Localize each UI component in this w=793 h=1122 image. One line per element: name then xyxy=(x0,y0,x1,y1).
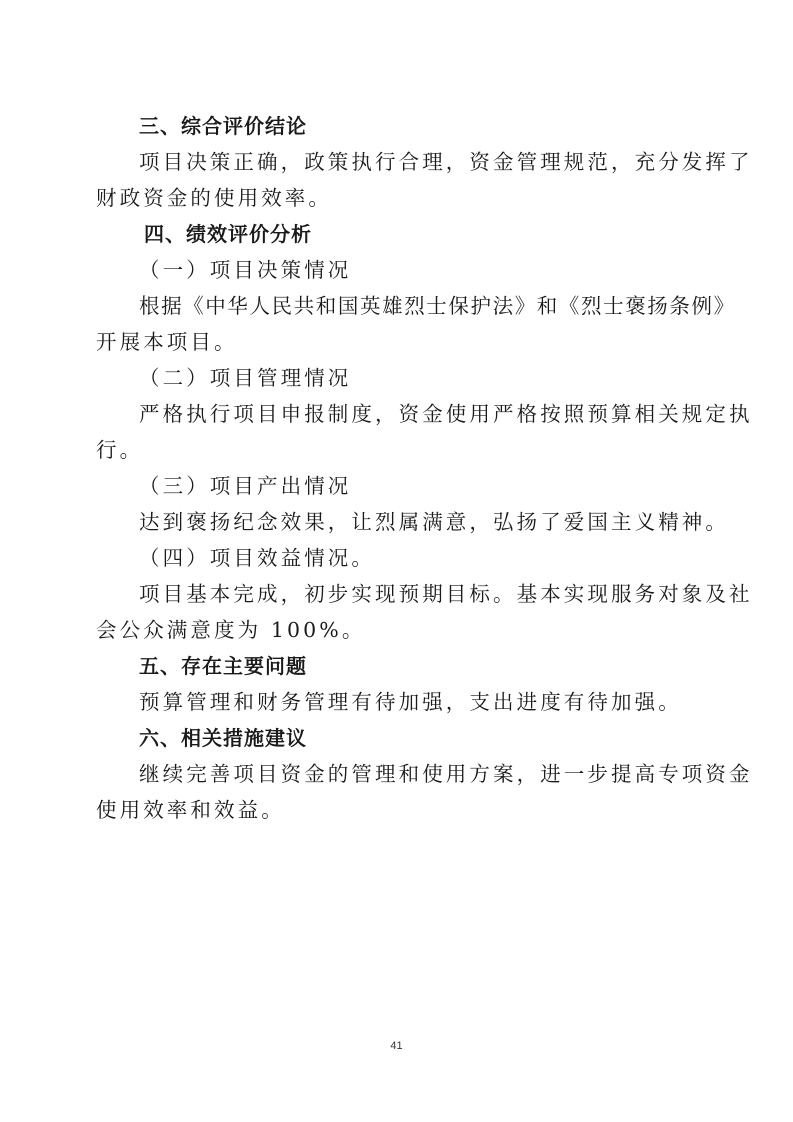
paragraph-line: 开展本项目。 xyxy=(96,324,698,360)
subsection-title-benefit: （四）项目效益情况。 xyxy=(96,540,698,576)
paragraph-line: 达到褒扬纪念效果，让烈属满意，弘扬了爱国主义精神。 xyxy=(96,504,698,540)
paragraph-line: 根据《中华人民共和国英雄烈士保护法》和《烈士褒扬条例》 xyxy=(96,288,698,324)
page-number: 41 xyxy=(0,1040,793,1052)
subsection-title-management: （二）项目管理情况 xyxy=(96,360,698,396)
paragraph-line: 项目决策正确，政策执行合理，资金管理规范，充分发挥了 xyxy=(96,144,698,180)
document-page: 三、综合评价结论 项目决策正确，政策执行合理，资金管理规范，充分发挥了 财政资金… xyxy=(96,108,698,828)
paragraph-line: 使用效率和效益。 xyxy=(96,792,698,828)
paragraph-line: 项目基本完成，初步实现预期目标。基本实现服务对象及社 xyxy=(96,576,698,612)
section-heading-problems: 五、存在主要问题 xyxy=(96,648,698,684)
paragraph-line: 行。 xyxy=(96,432,698,468)
paragraph-line: 继续完善项目资金的管理和使用方案，进一步提高专项资金 xyxy=(96,756,698,792)
section-heading-suggestions: 六、相关措施建议 xyxy=(96,720,698,756)
subsection-title-decision: （一）项目决策情况 xyxy=(96,252,698,288)
subsection-title-output: （三）项目产出情况 xyxy=(96,468,698,504)
paragraph-line: 严格执行项目申报制度，资金使用严格按照预算相关规定执 xyxy=(96,396,698,432)
section-heading-conclusion: 三、综合评价结论 xyxy=(96,108,698,144)
section-heading-analysis: 四、绩效评价分析 xyxy=(96,216,698,252)
paragraph-line: 预算管理和财务管理有待加强，支出进度有待加强。 xyxy=(96,684,698,720)
paragraph-line: 会公众满意度为 100%。 xyxy=(96,612,698,648)
paragraph-line: 财政资金的使用效率。 xyxy=(96,180,698,216)
